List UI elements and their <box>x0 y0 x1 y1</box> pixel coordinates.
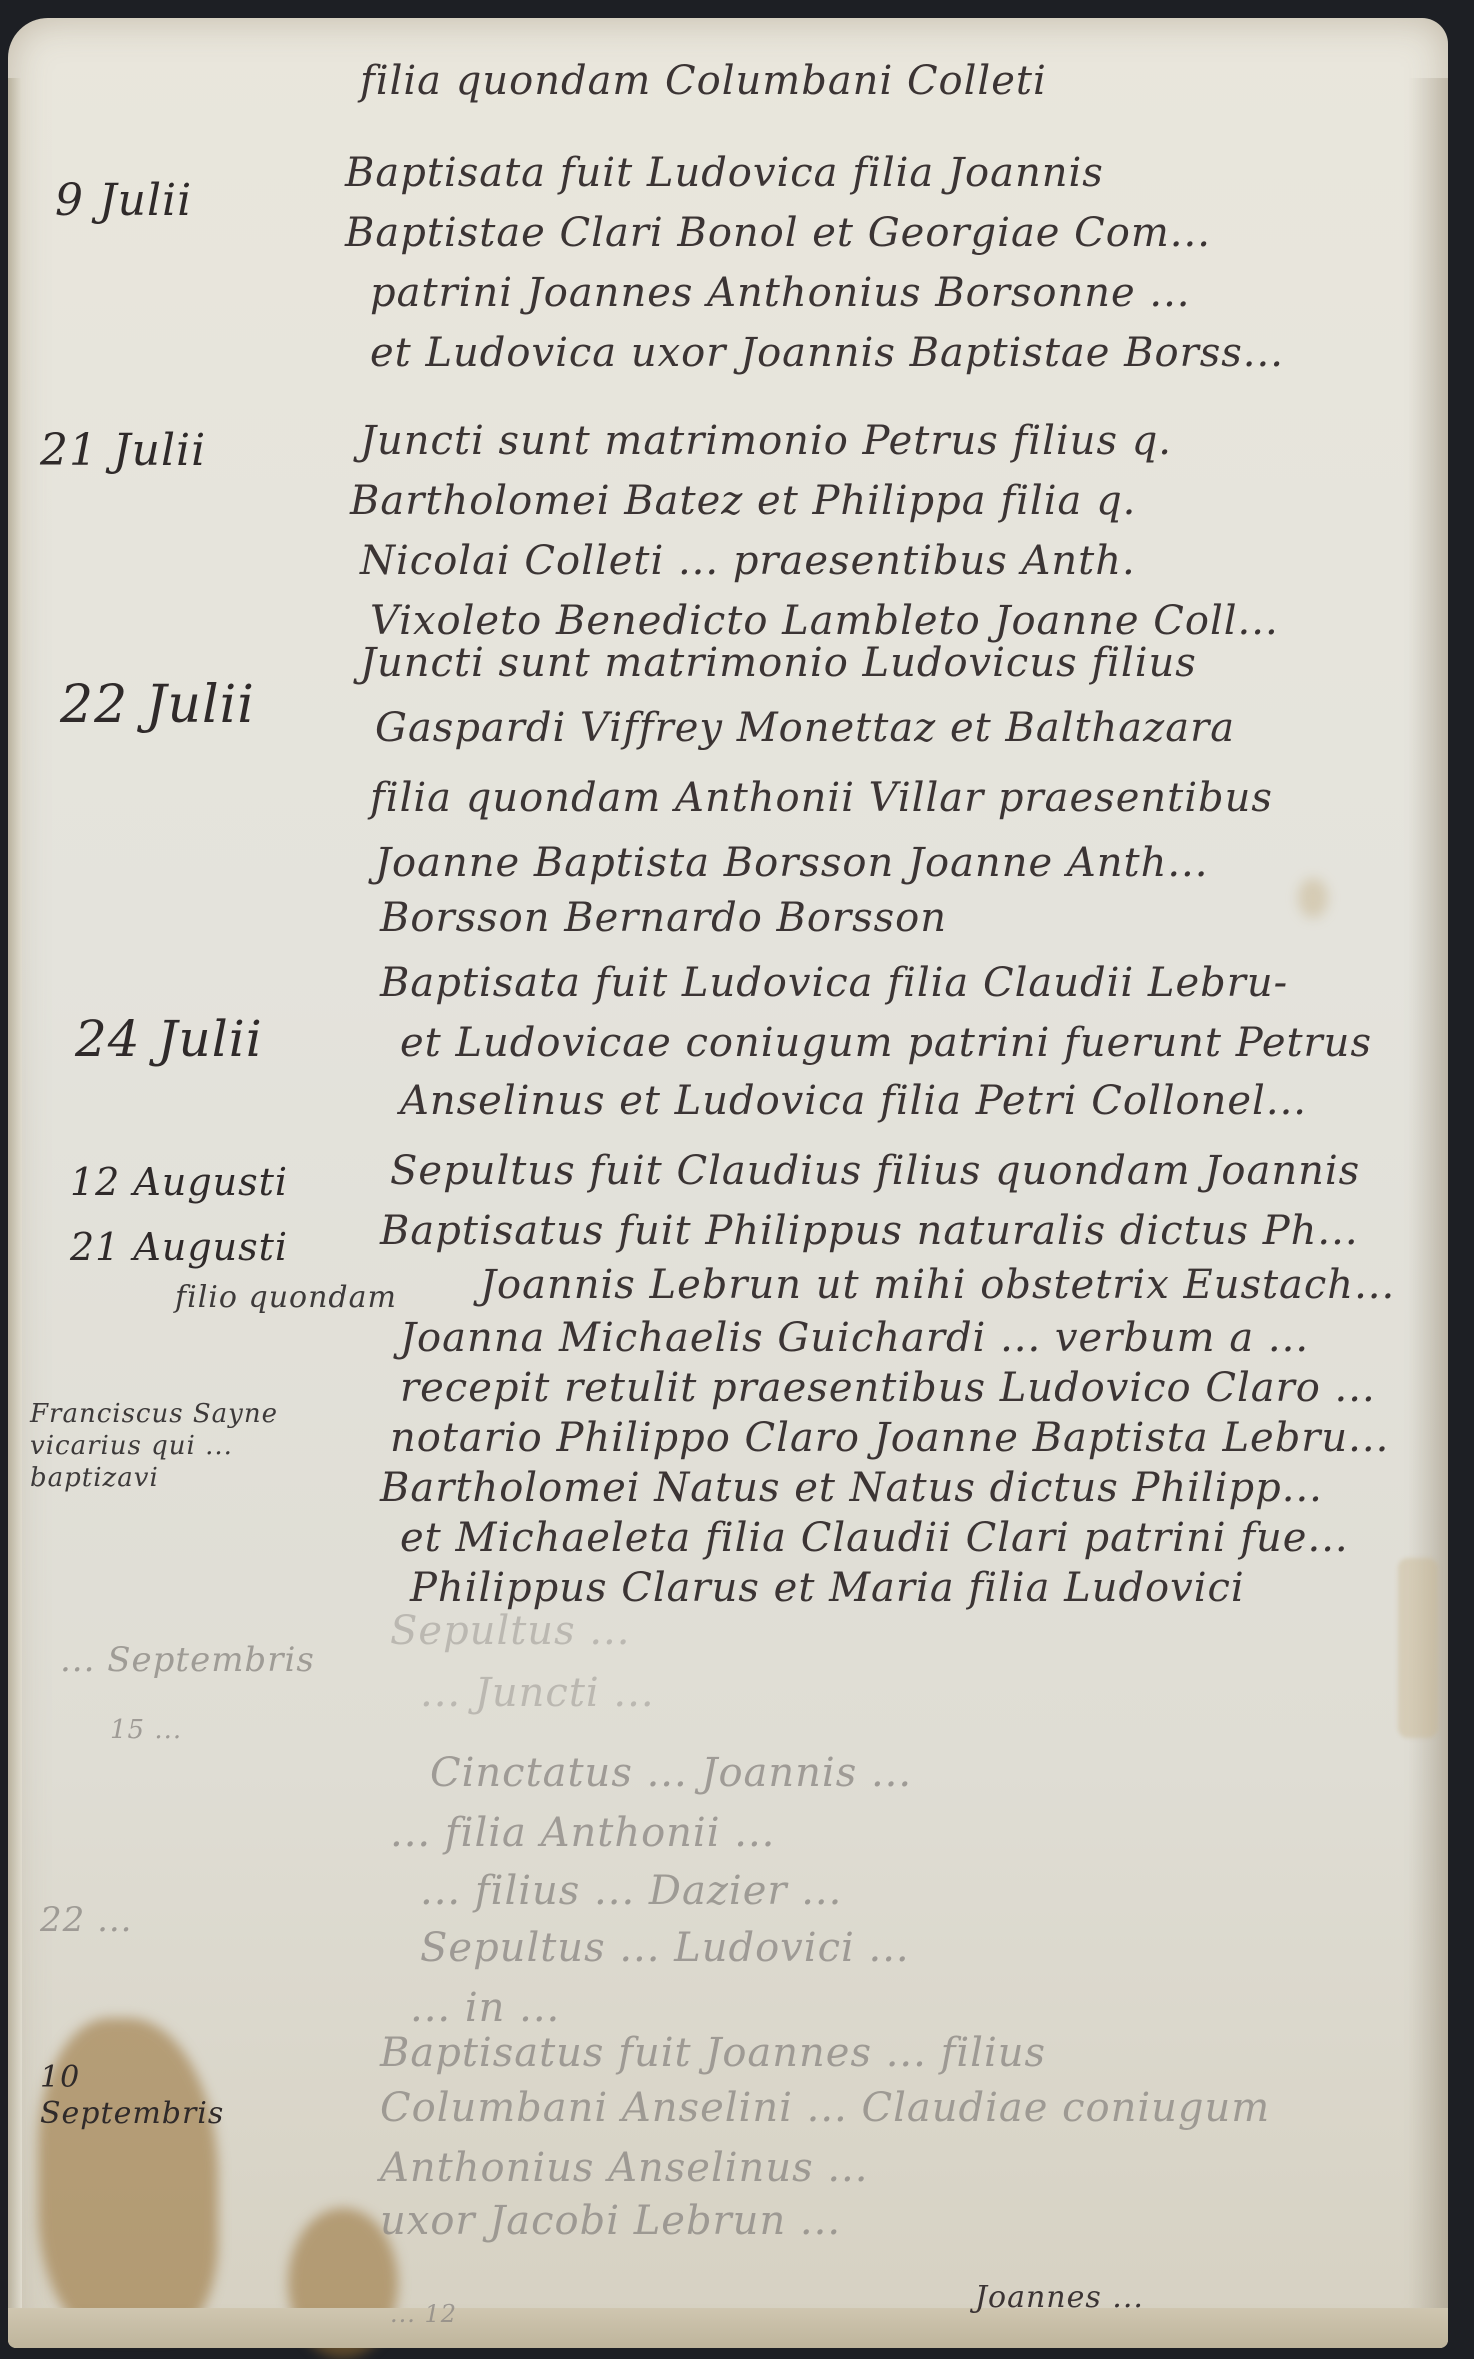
entry-line: Baptisata fuit Ludovica filia Joannis <box>345 150 1104 196</box>
paper-fold <box>1398 1558 1438 1738</box>
entry-line: ... Juncti ... <box>420 1670 655 1716</box>
entry-line: Columbani Anselini ... Claudiae coniugum <box>380 2085 1270 2131</box>
entry-line: Juncti sunt matrimonio Petrus filius q. <box>360 418 1172 464</box>
entry-date: 21 Julii <box>40 425 206 476</box>
entry-line: ... filia Anthonii ... <box>390 1810 775 1856</box>
entry-line: Baptisatus fuit Joannes ... filius <box>380 2030 1046 2076</box>
entry-line: et Ludovica uxor Joannis Baptistae Borss… <box>370 330 1284 376</box>
entry-date: ... Septembris <box>60 1640 315 1680</box>
worn-bottom-edge <box>8 2308 1448 2348</box>
water-stain <box>1298 878 1328 918</box>
entry-line: Baptisata fuit Ludovica filia Claudii Le… <box>380 960 1288 1006</box>
entry-line: Sepultus ... <box>390 1608 630 1654</box>
entry-line: Gaspardi Viffrey Monettaz et Balthazara <box>375 705 1235 751</box>
entry-date: 24 Julii <box>75 1010 263 1068</box>
entry-date: 22 Julii <box>60 675 255 735</box>
entry-line: Joanna Michaelis Guichardi ... verbum a … <box>400 1315 1309 1361</box>
entry-line: Sepultus fuit Claudius filius quondam Jo… <box>390 1148 1360 1194</box>
entry-line: Joannis Lebrun ut mihi obstetrix Eustach… <box>480 1262 1395 1308</box>
entry-line: ... filius ... Dazier ... <box>420 1868 842 1914</box>
entry-line: Baptisatus fuit Philippus naturalis dict… <box>380 1208 1359 1254</box>
entry-line: patrini Joannes Anthonius Borsonne ... <box>370 270 1191 316</box>
entry-line: Cinctatus ... Joannis ... <box>430 1750 912 1796</box>
entry-line: filia quondam Columbani Colleti <box>360 58 1047 104</box>
footer-mark: ... 12 <box>390 2300 457 2328</box>
entry-line: ... in ... <box>410 1985 560 2031</box>
page-edge-shadow <box>1408 78 1448 2318</box>
margin-note: 15 ... <box>110 1715 182 1745</box>
entry-date: 12 Augusti <box>70 1160 288 1204</box>
entry-line: recepit retulit praesentibus Ludovico Cl… <box>400 1365 1376 1411</box>
entry-line: Philippus Clarus et Maria filia Ludovici <box>410 1565 1245 1611</box>
entry-line: notario Philippo Claro Joanne Baptista L… <box>390 1415 1389 1461</box>
entry-line: Anselinus et Ludovica filia Petri Collon… <box>400 1078 1307 1124</box>
entry-line: Joanne Baptista Borsson Joanne Anth... <box>375 840 1208 886</box>
margin-note-vicar: Franciscus Sayne vicarius qui ... baptiz… <box>30 1398 350 1494</box>
entry-line: Nicolai Colleti ... praesentibus Anth. <box>360 538 1136 584</box>
entry-date: 9 Julii <box>55 175 192 226</box>
entry-line: Sepultus ... Ludovici ... <box>420 1925 910 1971</box>
entry-line: Borsson Bernardo Borsson <box>380 895 947 941</box>
faded-mark: 22 ... <box>40 1900 133 1940</box>
entry-line: Baptistae Clari Bonol et Georgiae Com... <box>345 210 1211 256</box>
entry-line: et Michaeleta filia Claudii Clari patrin… <box>400 1515 1349 1561</box>
entry-line: et Ludovicae coniugum patrini fuerunt Pe… <box>400 1020 1372 1066</box>
margin-note: filio quondam <box>175 1280 397 1315</box>
entry-line: filia quondam Anthonii Villar praesentib… <box>370 775 1273 821</box>
entry-date: 10 Septembris <box>40 2060 270 2132</box>
signature: Joannes ... <box>975 2280 1144 2315</box>
entry-line: Vixoleto Benedicto Lambleto Joanne Coll.… <box>370 598 1279 644</box>
entry-date: 21 Augusti <box>70 1225 288 1269</box>
entry-line: Anthonius Anselinus ... <box>380 2145 868 2191</box>
entry-line: uxor Jacobi Lebrun ... <box>380 2198 841 2244</box>
entry-line: Bartholomei Batez et Philippa filia q. <box>350 478 1136 524</box>
entry-line: Bartholomei Natus et Natus dictus Philip… <box>380 1465 1323 1511</box>
entry-line: Juncti sunt matrimonio Ludovicus filius <box>360 640 1197 686</box>
